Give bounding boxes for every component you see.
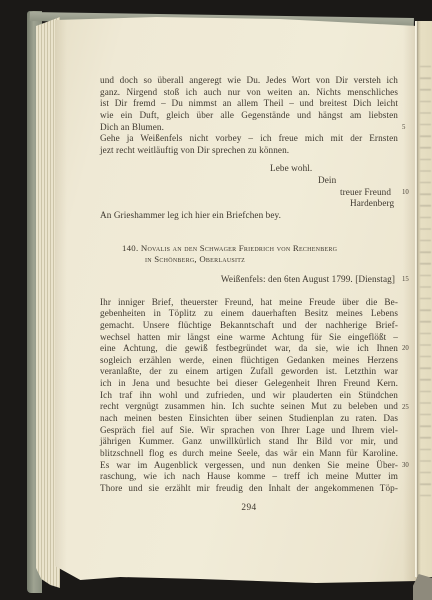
letter-140-heading-line1: 140. Novalis an den Schwager Friedrich v… (100, 243, 398, 255)
facing-page-showthrough (420, 66, 431, 496)
photo-background: und doch so überall angeregt wie Du. Jed… (0, 0, 432, 600)
text-line: raschung, wie ich nach Hause komme – tre… (100, 471, 398, 483)
letter-139-signature-role: treuer Freund (100, 187, 398, 199)
text-line: Thore und sie erzählt mir freudig den In… (100, 483, 398, 495)
letter-139-signature-intro: Dein (100, 175, 398, 187)
text-line: sogleich erzählen werde, einen flüchtige… (100, 355, 398, 367)
text-line: wechsel hatten mir längst eine warme Ach… (100, 332, 398, 344)
text-line: Gehe ja Weißenfels nicht vorbey – ich fr… (100, 133, 398, 145)
letter-139-signature-name: Hardenberg (100, 198, 398, 210)
letter-140-dateline: Weißenfels: den 6ten August 1799. [Diens… (100, 274, 398, 286)
letter-139-paragraph-1: und doch so überall angeregt wie Du. Jed… (100, 75, 398, 133)
text-line: Ich traf ihn wohl und zufrieden, und wir… (100, 390, 398, 402)
text-line: wie ein Duft, gleich über alle Gegenstän… (100, 110, 398, 122)
text-line: nach meinen besten Einsichten über seine… (100, 413, 398, 425)
text-line: gebenheiten in Töplitz zu einem dauerhaf… (100, 308, 398, 320)
text-line: ist Dir fremd – Du nimmst an allem Theil… (100, 98, 398, 110)
text-line: recht vergnügt zusammen hin. Ich suchte … (100, 401, 398, 413)
book-page: und doch so überall angeregt wie Du. Jed… (55, 15, 417, 585)
letter-139-postscript: An Grieshammer leg ich hier ein Briefche… (100, 210, 398, 222)
text-line: jährigen Kummer. Ganz unwillkürlich stan… (100, 436, 398, 448)
text-line: gemacht. Unsere flüchtige Bekanntschaft … (100, 320, 398, 332)
text-line: ich in Jena und besuchte bei dieser Gele… (100, 378, 398, 390)
letter-139-farewell: Lebe wohl. (100, 163, 398, 175)
letter-140-heading: 140. Novalis an den Schwager Friedrich v… (100, 243, 398, 266)
text-line: ganz. Nirgend stoß ich auch nur von weit… (100, 87, 398, 99)
text-line: blitzschnell flog es durch meine Seele, … (100, 448, 398, 460)
letter-139-paragraph-2: Gehe ja Weißenfels nicht vorbey – ich fr… (100, 133, 398, 156)
text-line: Dich an Blumen. (100, 122, 398, 134)
text-line: Es war im Augenblick vergessen, und nun … (100, 460, 398, 472)
text-line: und doch so überall angeregt wie Du. Jed… (100, 75, 398, 87)
letter-140-body: Ihr inniger Brief, theuerster Freund, ha… (100, 297, 398, 495)
page-number: 294 (100, 503, 398, 515)
letter-140-heading-line2: in Schönberg, Oberlausitz (100, 254, 398, 266)
facing-page-sliver (415, 21, 432, 577)
text-line: Ihr inniger Brief, theuerster Freund, ha… (100, 297, 398, 309)
text-line: Gespräch fiel auf Sie. Wir sprachen von … (100, 425, 398, 437)
text-line: jezt recht weitläuftig von Dir sprechen … (100, 145, 398, 157)
text-line: eine Achtung, die gewiß festbegründet wa… (100, 343, 398, 355)
printed-text-block: und doch so überall angeregt wie Du. Jed… (100, 75, 398, 515)
text-line: veranlaßte, der zu einem artigen Zufall … (100, 366, 398, 378)
